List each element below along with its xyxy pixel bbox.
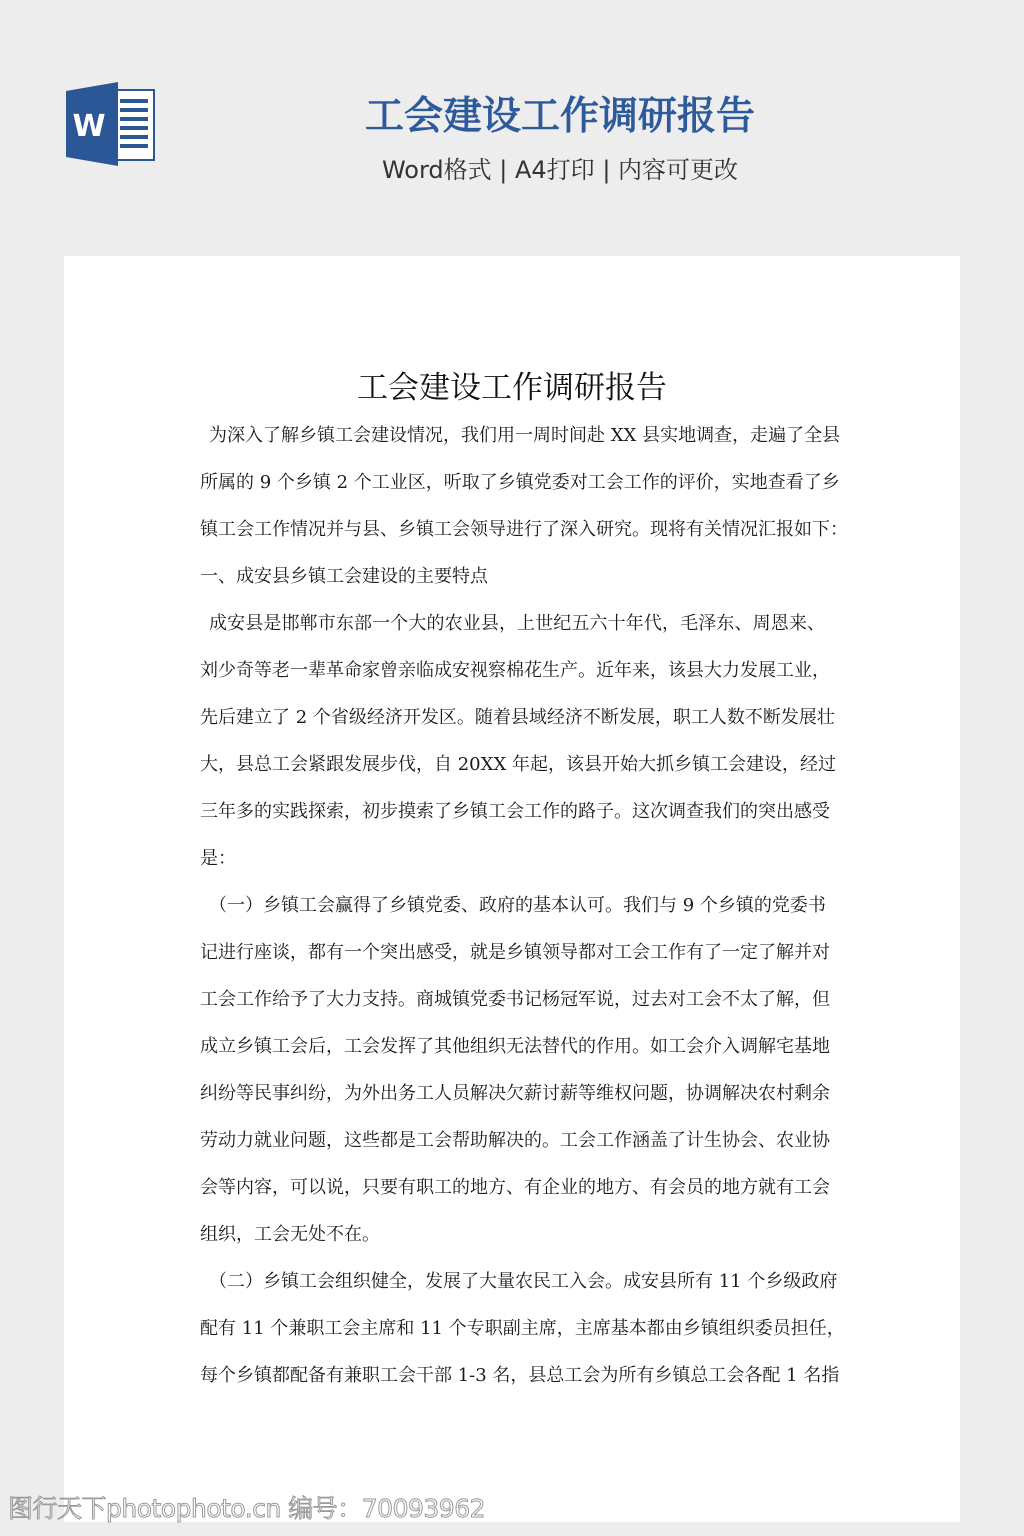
word-doc-icon: W <box>64 82 156 166</box>
body-line: 为深入了解乡镇工会建设情况，我们用一周时间赴 XX 县实地调查，走遍了全县 <box>200 420 825 467</box>
watermark: 图行天下photophoto.cn 编号：70093962 <box>8 1494 485 1524</box>
body-line: 纠纷等民事纠纷，为外出务工人员解决欠薪讨薪等维权问题，协调解决农村剩余 <box>200 1078 825 1125</box>
word-icon-letter: W <box>72 109 105 144</box>
section-heading: 一、成安县乡镇工会建设的主要特点 <box>200 561 825 608</box>
document-title: 工会建设工作调研报告 <box>64 366 960 410</box>
body-line: 配有 11 个兼职工会主席和 11 个专职副主席，主席基本都由乡镇组织委员担任， <box>200 1313 825 1360</box>
body-line: 成安县是邯郸市东部一个大的农业县，上世纪五六十年代，毛泽东、周恩来、 <box>200 608 825 655</box>
body-line: 镇工会工作情况并与县、乡镇工会领导进行了深入研究。现将有关情况汇报如下： <box>200 514 825 561</box>
body-line: 组织，工会无处不在。 <box>200 1219 825 1266</box>
promo-title: 工会建设工作调研报告 <box>300 92 820 142</box>
body-line: （一）乡镇工会赢得了乡镇党委、政府的基本认可。我们与 9 个乡镇的党委书 <box>200 890 825 937</box>
body-line: 会等内容，可以说，只要有职工的地方、有企业的地方、有会员的地方就有工会 <box>200 1172 825 1219</box>
body-line: （二）乡镇工会组织健全，发展了大量农民工入会。成安县所有 11 个乡级政府 <box>200 1266 825 1313</box>
body-line: 所属的 9 个乡镇 2 个工业区，听取了乡镇党委对工会工作的评价，实地查看了乡 <box>200 467 825 514</box>
body-line: 劳动力就业问题，这些都是工会帮助解决的。工会工作涵盖了计生协会、农业协 <box>200 1125 825 1172</box>
document-body: 为深入了解乡镇工会建设情况，我们用一周时间赴 XX 县实地调查，走遍了全县 所属… <box>200 420 825 1407</box>
body-line: 成立乡镇工会后，工会发挥了其他组织无法替代的作用。如工会介入调解宅基地 <box>200 1031 825 1078</box>
body-line: 工会工作给予了大力支持。商城镇党委书记杨冠军说，过去对工会不太了解，但 <box>200 984 825 1031</box>
promo-subtitle: Word格式 | A4打印 | 内容可更改 <box>300 152 820 188</box>
body-line: 三年多的实践探索，初步摸索了乡镇工会工作的路子。这次调查我们的突出感受 <box>200 796 825 843</box>
body-line: 记进行座谈，都有一个突出感受，就是乡镇领导都对工会工作有了一定了解并对 <box>200 937 825 984</box>
document-page: 工会建设工作调研报告 为深入了解乡镇工会建设情况，我们用一周时间赴 XX 县实地… <box>64 256 960 1522</box>
body-line: 是： <box>200 843 825 890</box>
body-line: 刘少奇等老一辈革命家曾亲临成安视察棉花生产。近年来，该县大力发展工业， <box>200 655 825 702</box>
body-line: 先后建立了 2 个省级经济开发区。随着县域经济不断发展，职工人数不断发展壮 <box>200 702 825 749</box>
body-line: 大，县总工会紧跟发展步伐，自 20XX 年起，该县开始大抓乡镇工会建设，经过 <box>200 749 825 796</box>
body-line: 每个乡镇都配备有兼职工会干部 1-3 名，县总工会为所有乡镇总工会各配 1 名指 <box>200 1360 825 1407</box>
